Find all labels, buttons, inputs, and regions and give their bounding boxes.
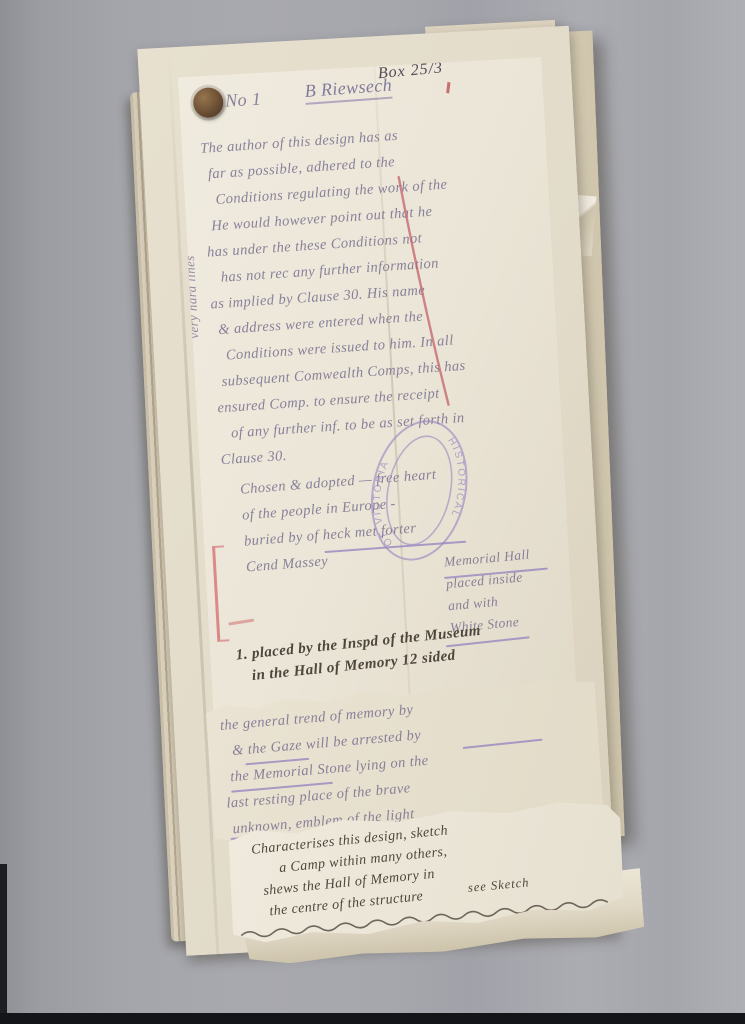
red-pencil-dash [228, 619, 254, 626]
red-pencil-tick [446, 82, 450, 93]
page-number-label: No 1 [225, 89, 262, 112]
top-written-sheet: No 1 B Riewsech Box 25/3 very hard lines… [178, 57, 578, 726]
red-pencil-bracket [212, 545, 229, 642]
svg-text:HISTORICAL: HISTORICAL [430, 434, 477, 520]
scanner-edge-bottom [0, 1013, 745, 1024]
victoria-oval-stamp: HISTORICAL OF VICTORIA [353, 405, 486, 576]
brass-fastener [192, 87, 224, 119]
scanned-document-photo: No 1 B Riewsech Box 25/3 very hard lines… [0, 0, 745, 1024]
stamp-text-right: HISTORICAL [430, 434, 477, 520]
scanner-edge-left [0, 864, 7, 1024]
paper-stack: No 1 B Riewsech Box 25/3 very hard lines… [122, 13, 659, 984]
